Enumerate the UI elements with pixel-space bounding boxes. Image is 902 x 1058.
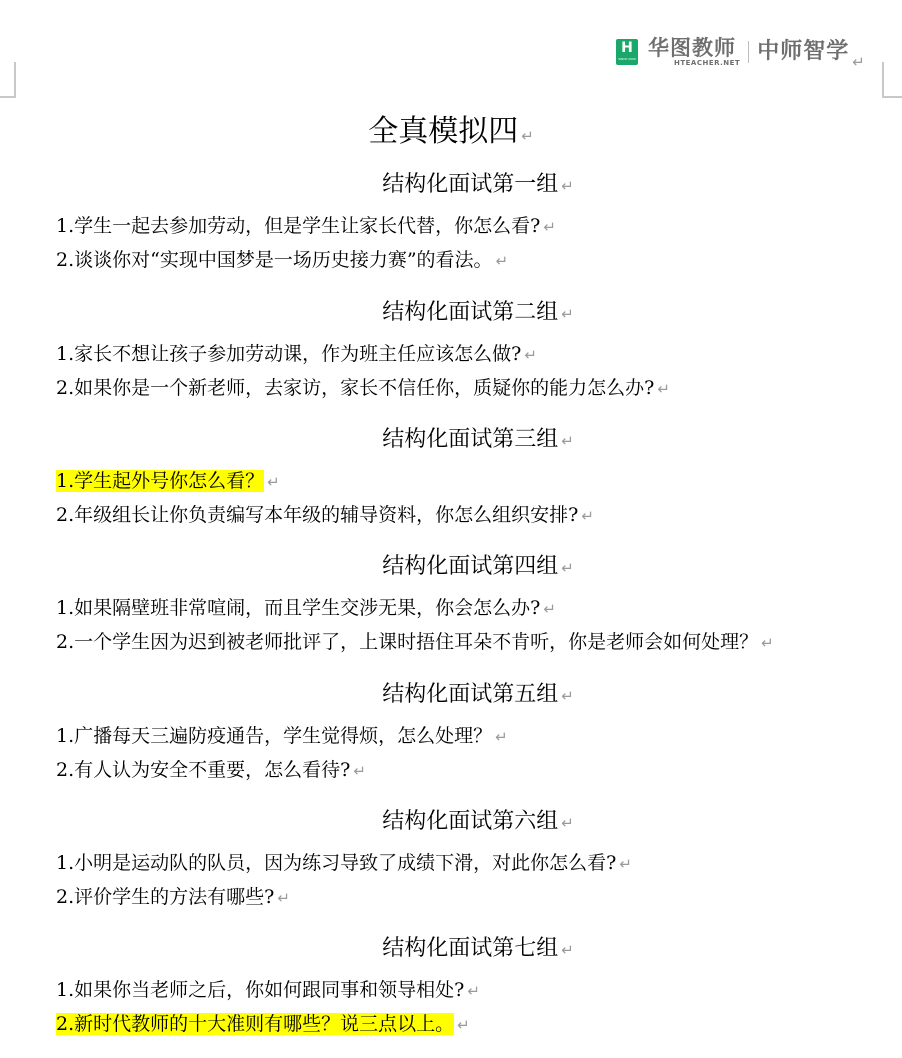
logo-divider: [748, 41, 749, 63]
question-text: 2.评价学生的方法有哪些?: [56, 886, 274, 908]
hteacher-logo-icon: H SINCE 2009: [616, 39, 638, 65]
logo-badge-glyph: H: [621, 39, 633, 57]
group-heading-text: 结构化面试第五组: [382, 682, 558, 707]
paragraph-mark-icon: ↵: [561, 305, 574, 323]
document-title-text: 全真模拟四: [368, 114, 518, 149]
group-heading-text: 结构化面试第四组: [382, 554, 558, 579]
question-text: 2.一个学生因为迟到被老师批评了，上课时捂住耳朵不肯听，你是老师会如何处理？: [56, 631, 758, 653]
question-text: 1.广播每天三遍防疫通告，学生觉得烦，怎么处理？: [56, 725, 492, 747]
header-logo: H SINCE 2009 华图教师 HTEACHER.NET 中师智学 ↵: [616, 34, 865, 70]
paragraph-mark-icon: ↵: [353, 762, 366, 780]
question-6-1: 1.小明是运动队的队员，因为练习导致了成绩下滑，对此你怎么看?↵: [56, 848, 632, 879]
question-text: 1.学生一起去参加劳动，但是学生让家长代替，你怎么看?: [56, 215, 540, 237]
paragraph-mark-icon: ↵: [657, 380, 670, 398]
paragraph-mark-icon: ↵: [543, 600, 556, 618]
question-text: 1.如果你当老师之后，你如何跟同事和领导相处?: [56, 979, 464, 1001]
question-text: 2.谈谈你对“实现中国梦是一场历史接力赛”的看法。: [56, 249, 493, 271]
paragraph-mark-icon: ↵: [495, 728, 508, 746]
paragraph-mark-icon: ↵: [521, 127, 534, 145]
question-text: 1.如果隔壁班非常喧闹，而且学生交涉无果，你会怎么办?: [56, 597, 540, 619]
logo-badge-since: SINCE 2009: [618, 57, 636, 61]
question-text-highlighted: 2.新时代教师的十大准则有哪些？说三点以上。: [56, 1013, 454, 1035]
paragraph-mark-icon: ↵: [561, 177, 574, 195]
question-text: 2.有人认为安全不重要，怎么看待?: [56, 759, 350, 781]
group-heading-text: 结构化面试第七组: [382, 936, 558, 961]
paragraph-mark-icon: ↵: [761, 634, 774, 652]
document-title: 全真模拟四↵: [0, 112, 902, 156]
question-7-2: 2.新时代教师的十大准则有哪些？说三点以上。↵: [56, 1009, 470, 1040]
group-heading-3: 结构化面试第三组↵: [0, 425, 902, 456]
question-3-1: 1.学生起外号你怎么看？↵: [56, 466, 280, 497]
paragraph-mark-icon: ↵: [267, 473, 280, 491]
question-text: 2.如果你是一个新老师，去家访，家长不信任你，质疑你的能力怎么办?: [56, 377, 654, 399]
logo-brand-cn: 华图教师: [648, 37, 736, 59]
group-heading-4: 结构化面试第四组↵: [0, 552, 902, 583]
group-heading-5: 结构化面试第五组↵: [0, 680, 902, 711]
group-heading-7: 结构化面试第七组↵: [0, 934, 902, 965]
paragraph-mark-icon: ↵: [619, 855, 632, 873]
paragraph-mark-icon: ↵: [561, 941, 574, 959]
question-5-2: 2.有人认为安全不重要，怎么看待?↵: [56, 755, 366, 786]
question-text: 2.年级组长让你负责编写本年级的辅导资料，你怎么组织安排?: [56, 504, 578, 526]
logo-brand-en: HTEACHER.NET: [674, 59, 740, 67]
paragraph-mark-icon: ↵: [467, 982, 480, 1000]
question-5-1: 1.广播每天三遍防疫通告，学生觉得烦，怎么处理？↵: [56, 721, 508, 752]
question-1-1: 1.学生一起去参加劳动，但是学生让家长代替，你怎么看?↵: [56, 211, 556, 242]
paragraph-mark-icon: ↵: [561, 432, 574, 450]
question-7-1: 1.如果你当老师之后，你如何跟同事和领导相处?↵: [56, 975, 480, 1006]
question-4-1: 1.如果隔壁班非常喧闹，而且学生交涉无果，你会怎么办?↵: [56, 593, 556, 624]
paragraph-mark-icon: ↵: [581, 507, 594, 525]
paragraph-mark-icon: ↵: [561, 687, 574, 705]
paragraph-mark-icon: ↵: [561, 559, 574, 577]
question-4-2: 2.一个学生因为迟到被老师批评了，上课时捂住耳朵不肯听，你是老师会如何处理？↵: [56, 627, 774, 658]
paragraph-mark-icon: ↵: [852, 53, 865, 71]
group-heading-6: 结构化面试第六组↵: [0, 807, 902, 838]
logo-brand: 华图教师 HTEACHER.NET: [648, 37, 740, 67]
paragraph-mark-icon: ↵: [457, 1016, 470, 1034]
question-text: 1.小明是运动队的队员，因为练习导致了成绩下滑，对此你怎么看?: [56, 852, 616, 874]
question-text: 1.家长不想让孩子参加劳动课，作为班主任应该怎么做?: [56, 343, 521, 365]
page-corner-mark-left-vertical: [14, 62, 16, 98]
question-3-2: 2.年级组长让你负责编写本年级的辅导资料，你怎么组织安排?↵: [56, 500, 594, 531]
paragraph-mark-icon: ↵: [561, 814, 574, 832]
question-6-2: 2.评价学生的方法有哪些?↵: [56, 882, 290, 913]
logo-sub-brand: 中师智学: [757, 39, 849, 65]
question-2-1: 1.家长不想让孩子参加劳动课，作为班主任应该怎么做?↵: [56, 339, 537, 370]
paragraph-mark-icon: ↵: [524, 346, 537, 364]
group-heading-text: 结构化面试第一组: [382, 172, 558, 197]
page-corner-mark-left-horizontal: [0, 96, 16, 98]
question-2-2: 2.如果你是一个新老师，去家访，家长不信任你，质疑你的能力怎么办?↵: [56, 373, 670, 404]
group-heading-text: 结构化面试第二组: [382, 300, 558, 325]
group-heading-1: 结构化面试第一组↵: [0, 170, 902, 201]
group-heading-2: 结构化面试第二组↵: [0, 298, 902, 329]
question-text-highlighted: 1.学生起外号你怎么看？: [56, 470, 264, 492]
group-heading-text: 结构化面试第六组: [382, 809, 558, 834]
paragraph-mark-icon: ↵: [543, 218, 556, 236]
page-corner-mark-right-horizontal: [882, 96, 902, 98]
group-heading-text: 结构化面试第三组: [382, 427, 558, 452]
paragraph-mark-icon: ↵: [496, 252, 509, 270]
page-corner-mark-right-vertical: [882, 62, 884, 98]
paragraph-mark-icon: ↵: [277, 889, 290, 907]
question-1-2: 2.谈谈你对“实现中国梦是一场历史接力赛”的看法。↵: [56, 245, 508, 276]
